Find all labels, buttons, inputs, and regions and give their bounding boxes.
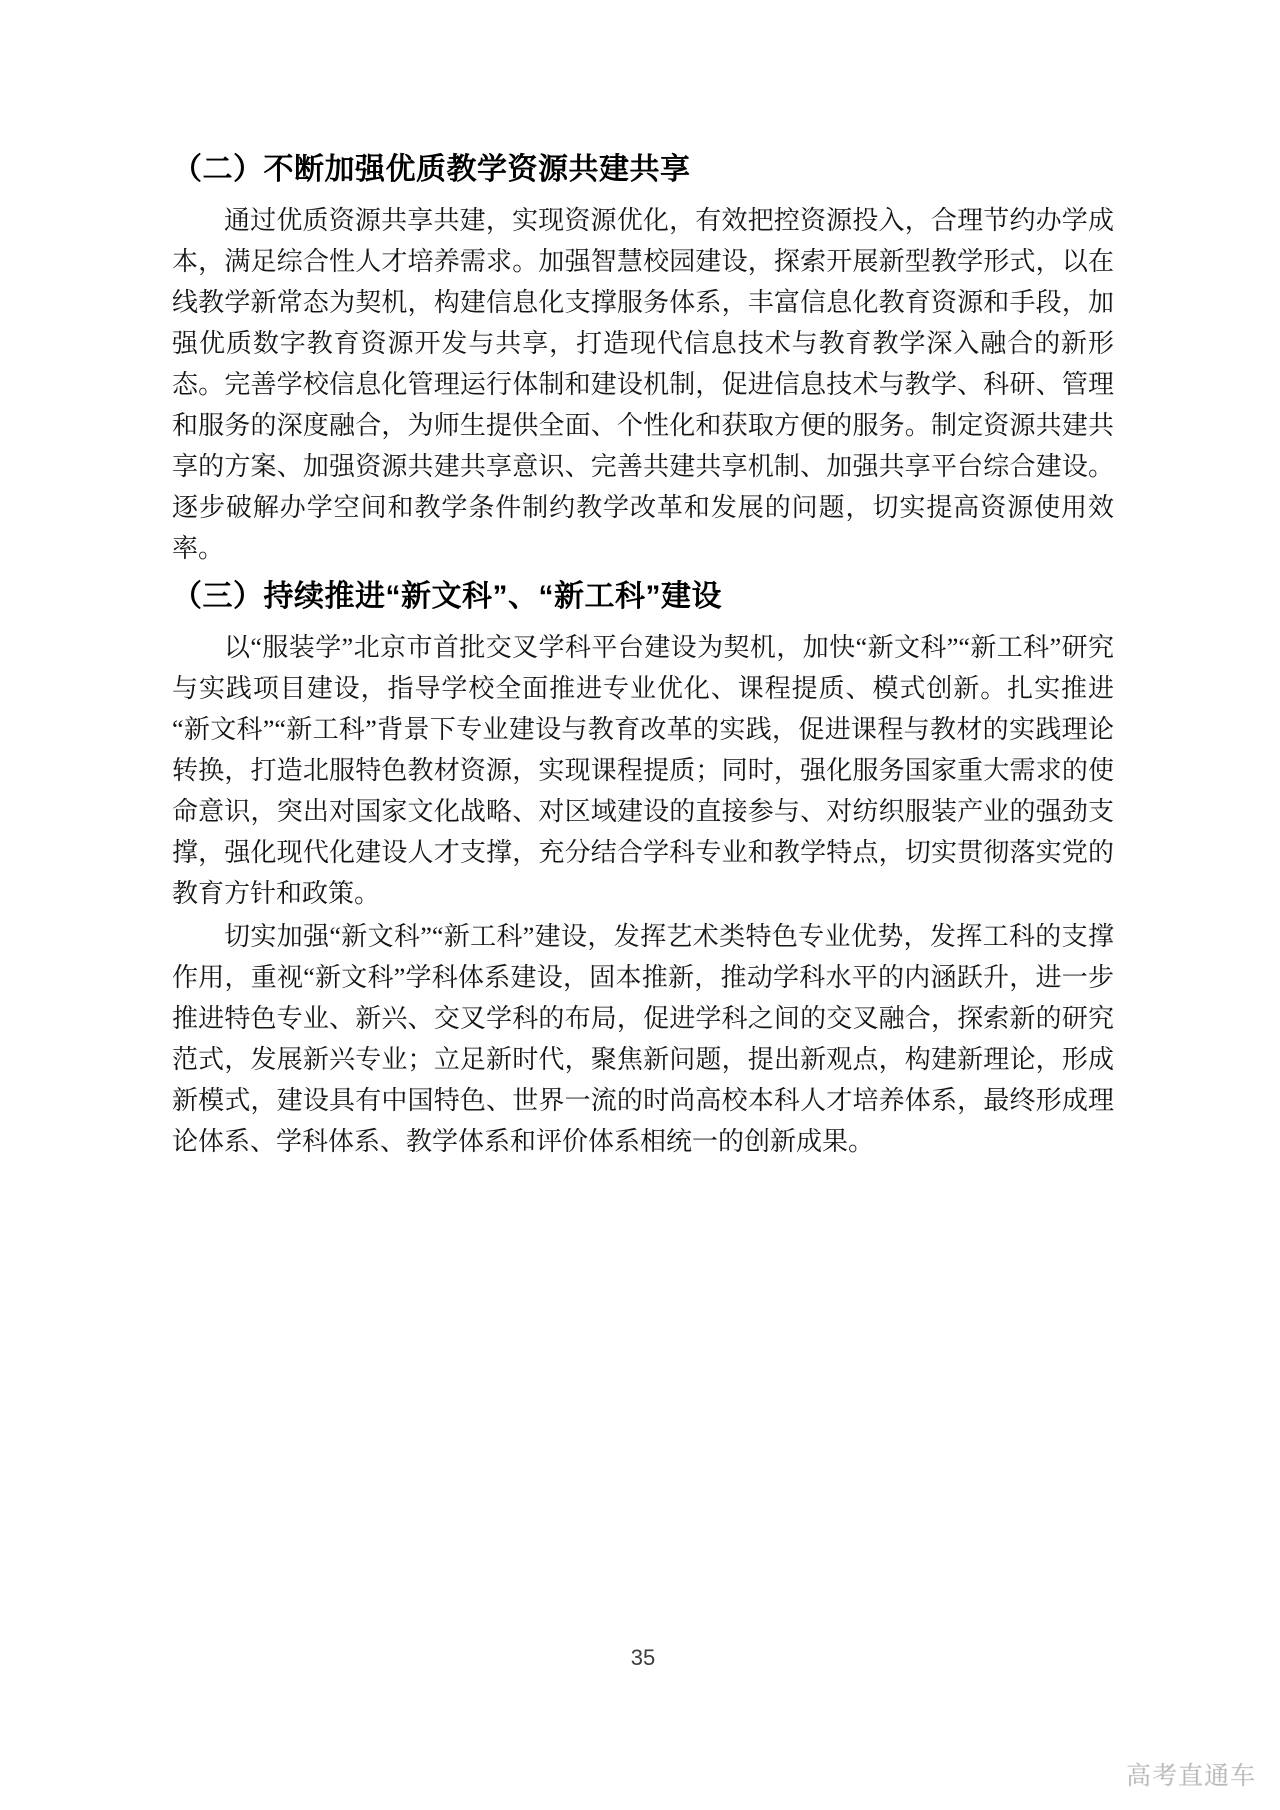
section-2-paragraph-1: 通过优质资源共享共建，实现资源优化，有效把控资源投入，合理节约办学成本，满足综合… (172, 200, 1114, 569)
document-page: （二）不断加强优质教学资源共建共享 通过优质资源共享共建，实现资源优化，有效把控… (0, 0, 1280, 1810)
page-content: （二）不断加强优质教学资源共建共享 通过优质资源共享共建，实现资源优化，有效把控… (172, 148, 1114, 1164)
page-number: 35 (172, 1645, 1114, 1671)
section-3-paragraph-1: 以“服装学”北京市首批交叉学科平台建设为契机，加快“新文科”“新工科”研究与实践… (172, 627, 1114, 914)
watermark-gaokao-zhitongche: 高考直通车 (1126, 1756, 1256, 1792)
section-3-paragraph-2: 切实加强“新文科”“新工科”建设，发挥艺术类特色专业优势，发挥工科的支撑作用，重… (172, 916, 1114, 1162)
section-heading-3: （三）持续推进“新文科”、“新工科”建设 (172, 575, 1114, 619)
section-heading-2: （二）不断加强优质教学资源共建共享 (172, 148, 1114, 192)
